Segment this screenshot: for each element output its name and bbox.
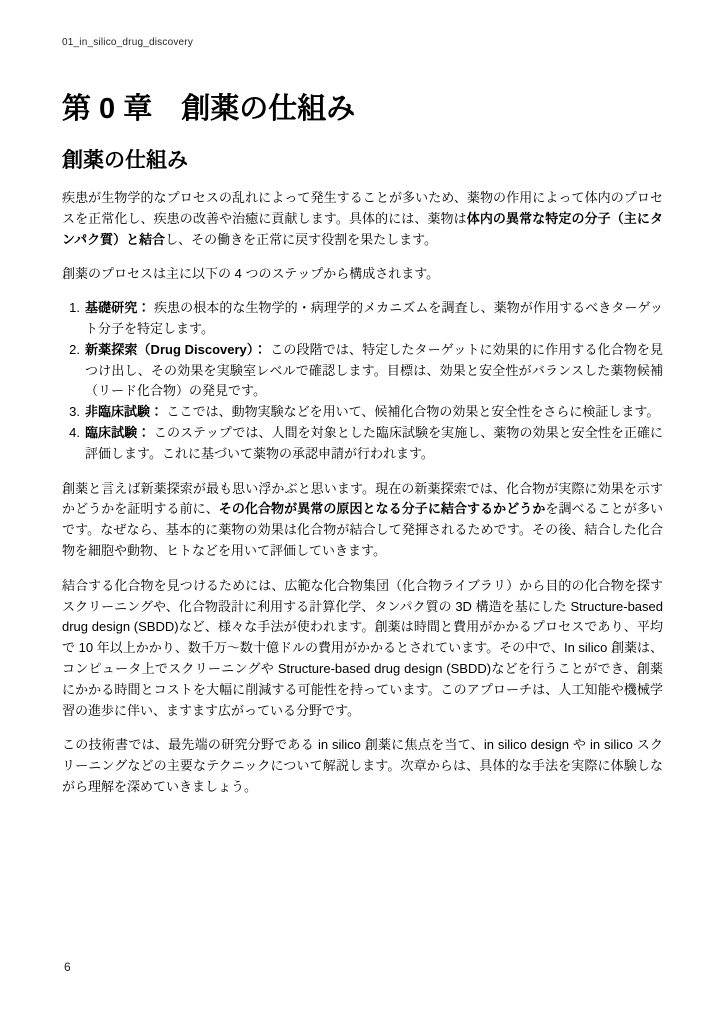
paragraph-bold-text: その化合物が異常の原因となる分子に結合するかどうか bbox=[219, 501, 546, 516]
step-text: 非臨床試験： ここでは、動物実験などを用いて、候補化合物の効果と安全性をさらに検… bbox=[85, 402, 663, 423]
step-label: 臨床試験： bbox=[85, 425, 150, 440]
step-text: 基礎研究： 疾患の根本的な生物学的・病理学的メカニズムを調査し、薬物が作用するべ… bbox=[85, 298, 663, 340]
page-number: 6 bbox=[64, 960, 71, 974]
list-marker: 3. bbox=[67, 402, 80, 423]
step-text: 臨床試験： このステップでは、人間を対象とした臨床試験を実施し、薬物の効果と安全… bbox=[85, 423, 663, 465]
step-item-clinical-trial: 4. 臨床試験： このステップでは、人間を対象とした臨床試験を実施し、薬物の効果… bbox=[62, 423, 663, 465]
step-item-basic-research: 1. 基礎研究： 疾患の根本的な生物学的・病理学的メカニズムを調査し、薬物が作用… bbox=[62, 298, 663, 340]
paragraph-text: し、その働きを正常に戻す役割を果たします。 bbox=[165, 232, 437, 247]
step-label: 新薬探索（Drug Discovery）： bbox=[85, 342, 267, 357]
step-label: 非臨床試験： bbox=[85, 404, 163, 419]
drug-discovery-steps-list: 1. 基礎研究： 疾患の根本的な生物学的・病理学的メカニズムを調査し、薬物が作用… bbox=[62, 298, 663, 464]
section-title: 創薬の仕組み bbox=[62, 148, 663, 174]
step-text: 新薬探索（Drug Discovery）： この段階では、特定したターゲットに効… bbox=[85, 340, 663, 402]
step-description: ここでは、動物実験などを用いて、候補化合物の効果と安全性をさらに検証します。 bbox=[163, 404, 659, 419]
list-marker: 2. bbox=[67, 340, 80, 402]
paragraph-drug-role: 疾患が生物学的なプロセスの乱れによって発生することが多いため、薬物の作用によって… bbox=[62, 188, 663, 250]
step-item-nonclinical-trial: 3. 非臨床試験： ここでは、動物実験などを用いて、候補化合物の効果と安全性をさ… bbox=[62, 402, 663, 423]
document-page: 01_in_silico_drug_discovery 第 0 章 創薬の仕組み… bbox=[0, 0, 724, 1024]
step-description: 疾患の根本的な生物学的・病理学的メカニズムを調査し、薬物が作用するべきターゲット… bbox=[85, 300, 663, 336]
paragraph-book-overview: この技術書では、最先端の研究分野である in silico 創薬に焦点を当て、i… bbox=[62, 735, 663, 797]
list-marker: 1. bbox=[67, 298, 80, 340]
paragraph-binding-explanation: 創薬と言えば新薬探索が最も思い浮かぶと思います。現在の新薬探索では、化合物が実際… bbox=[62, 479, 663, 562]
running-header-filename: 01_in_silico_drug_discovery bbox=[62, 37, 663, 48]
step-description: このステップでは、人間を対象とした臨床試験を実施し、薬物の効果と安全性を正確に評… bbox=[85, 425, 663, 461]
list-marker: 4. bbox=[67, 423, 80, 465]
step-item-drug-discovery: 2. 新薬探索（Drug Discovery）： この段階では、特定したターゲッ… bbox=[62, 340, 663, 402]
paragraph-screening-methods: 結合する化合物を見つけるためには、広範な化合物集団（化合物ライブラリ）から目的の… bbox=[62, 576, 663, 722]
chapter-title: 第 0 章 創薬の仕組み bbox=[62, 92, 663, 127]
paragraph-steps-intro: 創薬のプロセスは主に以下の 4 つのステップから構成されます。 bbox=[62, 264, 663, 285]
page-content: 01_in_silico_drug_discovery 第 0 章 創薬の仕組み… bbox=[62, 0, 663, 798]
step-label: 基礎研究： bbox=[85, 300, 150, 315]
